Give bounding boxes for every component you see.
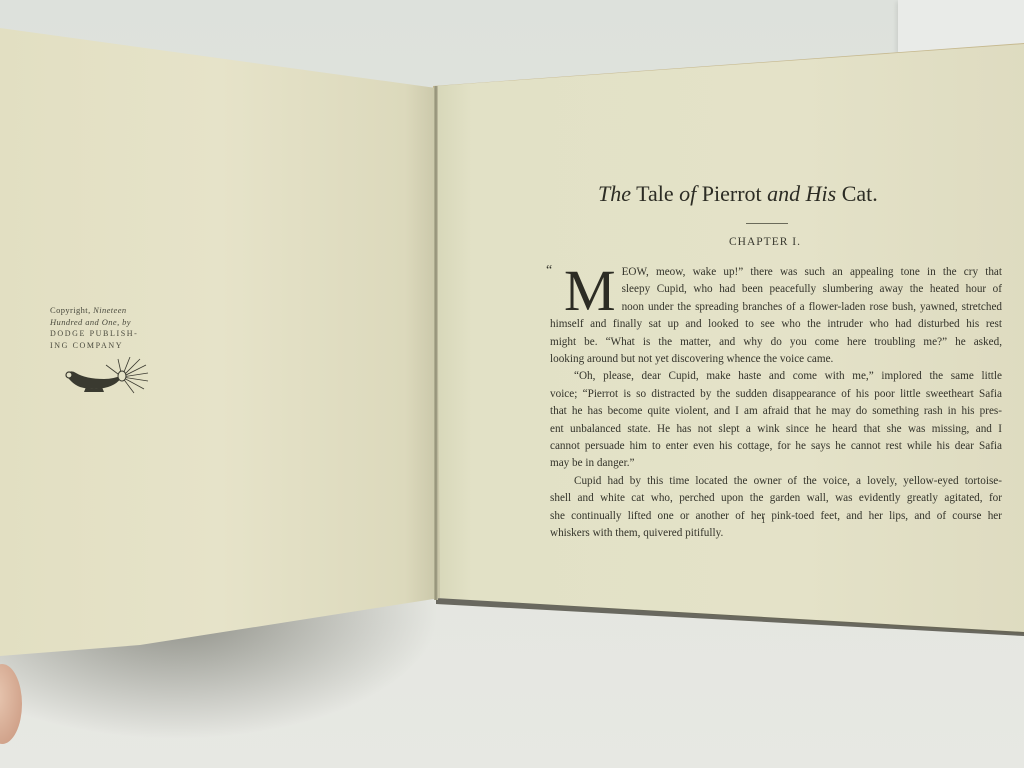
oil-lamp-icon: [60, 357, 150, 397]
book-gutter: [434, 86, 438, 600]
copyright-line-1: Copyright, Nineteen: [50, 304, 160, 316]
copyright-line-2: Hundred and One, by: [50, 316, 160, 328]
copyright-line-4: ING COMPANY: [50, 340, 160, 352]
chapter-body: “ M EOW, meow, wake up!” there was such …: [550, 264, 1002, 543]
paragraph-3: Cupid had by this time located the owner…: [550, 473, 1002, 543]
paragraph-2: “Oh, please, dear Cupid, make haste and …: [550, 368, 1002, 472]
copyright-line-3: DODGE PUBLISH-: [50, 328, 160, 340]
paper-card: [898, 0, 1024, 52]
drop-cap: M: [564, 268, 616, 314]
copyright-notice: Copyright, Nineteen Hundred and One, by …: [50, 304, 160, 352]
title-rule: [746, 223, 788, 224]
page-number: 1: [761, 515, 766, 525]
book-title: The Tale of Pierrot and His Cat.: [598, 181, 958, 207]
chapter-heading: CHAPTER I.: [729, 236, 801, 248]
paragraph-1: “ M EOW, meow, wake up!” there was such …: [550, 264, 1002, 368]
book-photo: Copyright, Nineteen Hundred and One, by …: [0, 0, 1024, 768]
